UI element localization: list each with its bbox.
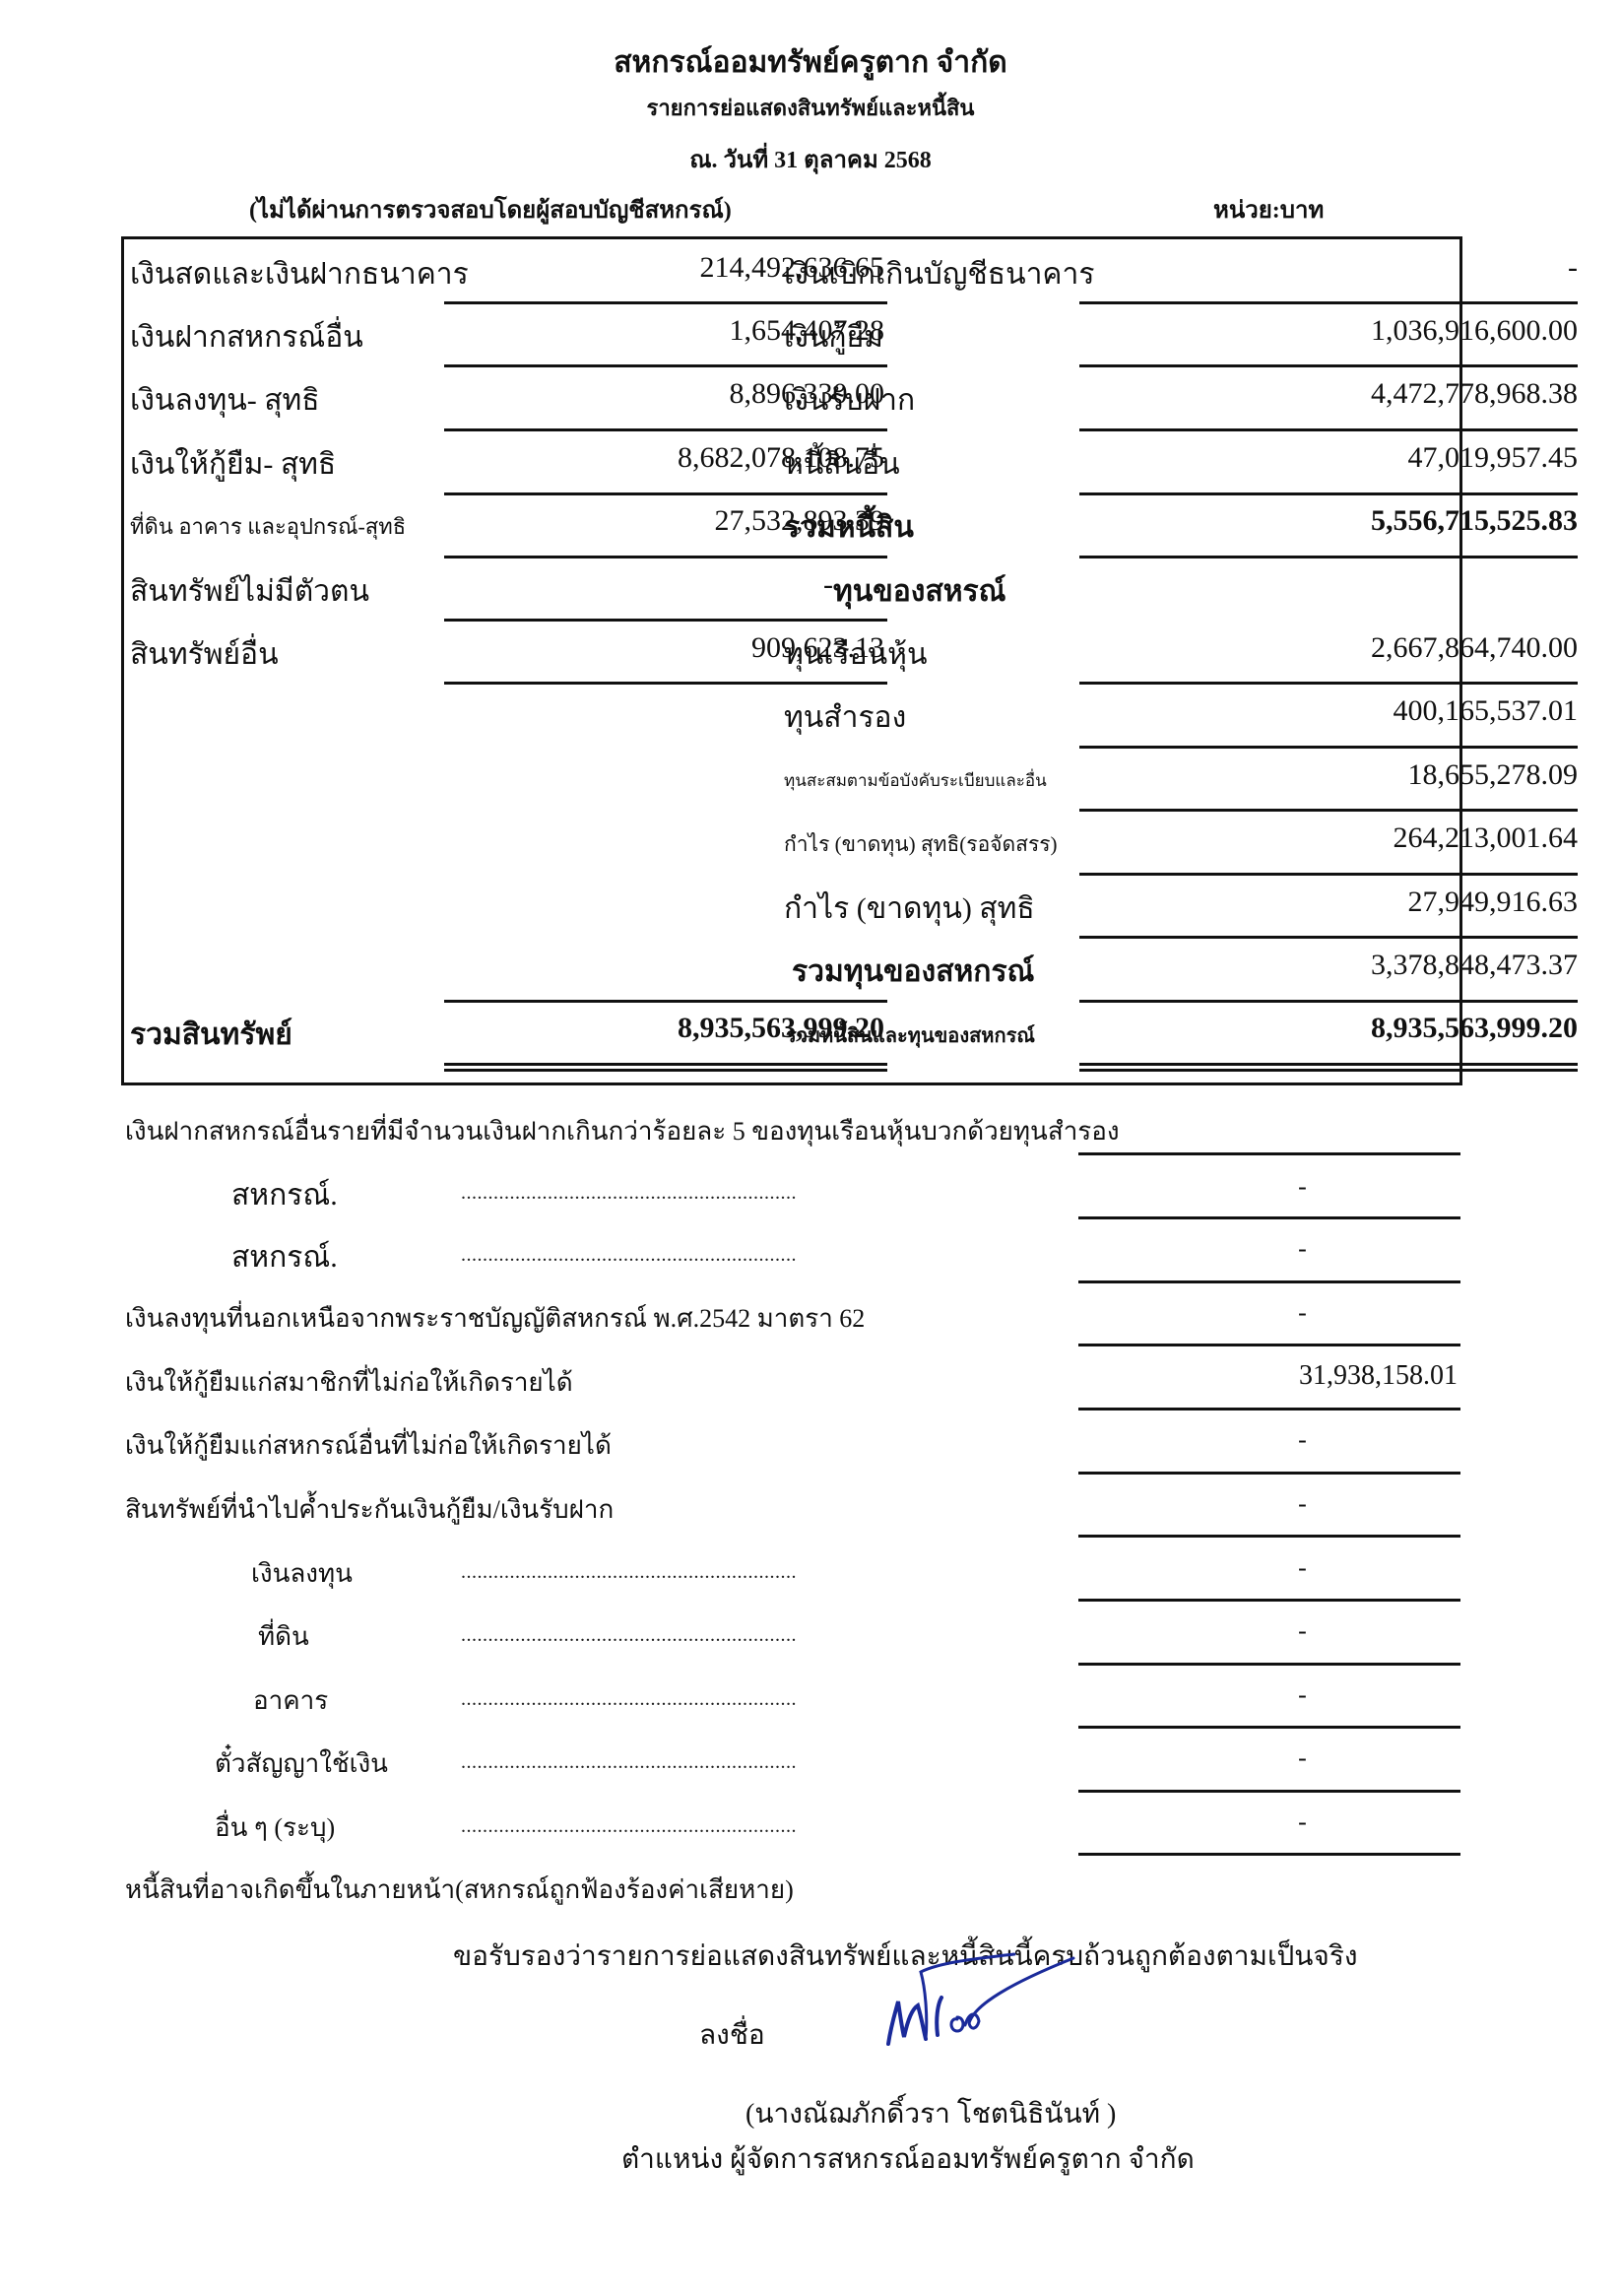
underline	[444, 492, 887, 495]
balance-sheet-table: เงินสดและเงินฝากธนาคาร 214,492,636.65 เง…	[121, 236, 1462, 1085]
underline	[1079, 746, 1578, 749]
underline	[444, 682, 887, 685]
underline	[444, 556, 887, 558]
asset-label: สินทรัพย์อื่น	[130, 631, 279, 694]
dotted-leader: ........................................…	[461, 1688, 797, 1711]
signature-image	[867, 1950, 1083, 2059]
liability-value: -	[1079, 251, 1578, 314]
underline	[1078, 1280, 1460, 1283]
coop-value: -	[1078, 1172, 1458, 1202]
asset-label: สินทรัพย์ไม่มีตัวตน	[130, 568, 369, 631]
underline	[1078, 1344, 1460, 1346]
underline	[1078, 1726, 1460, 1729]
pledged-assets-value: -	[1078, 1489, 1458, 1519]
pledged-item-value: -	[1078, 1743, 1458, 1773]
underline	[444, 428, 887, 431]
underline	[1078, 1853, 1460, 1856]
underline	[1079, 492, 1578, 495]
underline	[444, 1000, 887, 1003]
nonperforming-coop-loans-label: เงินให้กู้ยืมแก่สหกรณ์อื่นที่ไม่ก่อให้เก…	[125, 1425, 612, 1466]
investment-beyond-act-label: เงินลงทุนที่นอกเหนือจากพระราชบัญญัติสหกร…	[125, 1298, 865, 1339]
pledged-assets-label: สินทรัพย์ที่นำไปค้ำประกันเงินกู้ยืม/เงิน…	[125, 1489, 614, 1530]
underline	[1078, 1535, 1460, 1538]
equity-value: 27,949,916.63	[1079, 886, 1578, 949]
equity-label: กำไร (ขาดทุน) สุทธิ(รอจัดสรร)	[784, 828, 1058, 891]
currency-unit: หน่วย:บาท	[1213, 190, 1324, 229]
equity-value: 18,655,278.09	[1079, 758, 1578, 821]
underline	[444, 364, 887, 367]
report-date: ณ. วันที่ 31 ตุลาคม 2568	[0, 140, 1621, 178]
equity-label: ทุนสำรอง	[784, 694, 906, 757]
underline	[1078, 1408, 1460, 1410]
underline	[1079, 556, 1578, 558]
equity-label: กำไร (ขาดทุน) สุทธิ	[784, 886, 1035, 949]
nonperforming-member-loans-value: 31,938,158.01	[1078, 1360, 1458, 1392]
report-title: รายการย่อแสดงสินทรัพย์และหนี้สิน	[0, 91, 1621, 125]
total-assets-label: รวมสินทรัพย์	[130, 1012, 292, 1075]
double-underline	[444, 1063, 887, 1072]
liability-label: เงินเบิกเกินบัญชีธนาคาร	[784, 251, 1094, 314]
signer-name: (นางณัฌภักดิ์วรา โชตนิธินันท์ )	[746, 2092, 1116, 2135]
dotted-leader: ........................................…	[461, 1815, 797, 1838]
pledged-item-value: -	[1078, 1680, 1458, 1710]
asset-label: เงินฝากสหกรณ์อื่น	[130, 314, 363, 377]
coop-value: -	[1078, 1234, 1458, 1264]
sign-label: ลงชื่อ	[699, 2013, 765, 2057]
underline	[1078, 1152, 1460, 1155]
total-liabilities-equity-label: รวมหนี้สินและทุนของสหกรณ์	[786, 1019, 1035, 1082]
nonperforming-member-loans-label: เงินให้กู้ยืมแก่สมาชิกที่ไม่ก่อให้เกิดรา…	[125, 1362, 573, 1403]
pledged-item-value: -	[1078, 1616, 1458, 1646]
double-underline	[1079, 1063, 1578, 1072]
underline	[1079, 809, 1578, 812]
equity-label: ทุนเรือนหุ้น	[784, 631, 927, 694]
equity-label: ทุนสะสมตามข้อบังคับระเบียบและอื่น	[784, 767, 1047, 830]
dotted-leader: ........................................…	[461, 1624, 797, 1647]
dotted-leader: ........................................…	[461, 1244, 797, 1267]
asset-label: เงินลงทุน- สุทธิ	[130, 377, 320, 440]
pledged-item-label: ที่ดิน	[258, 1616, 309, 1657]
underline	[1078, 1599, 1460, 1602]
pledged-item-value: -	[1078, 1553, 1458, 1583]
asset-label: เงินให้กู้ยืม- สุทธิ	[130, 441, 336, 504]
coop-label: สหกรณ์.	[231, 1234, 338, 1280]
pledged-item-label: อื่น ๆ (ระบุ)	[215, 1807, 335, 1848]
underline	[444, 619, 887, 622]
pledged-item-label: อาคาร	[253, 1680, 328, 1721]
organization-title: สหกรณ์ออมทรัพย์ครูตาก จำกัด	[0, 39, 1621, 86]
equity-value: 2,667,864,740.00	[1079, 631, 1578, 694]
underline	[1079, 428, 1578, 431]
underline	[1078, 1790, 1460, 1793]
underline	[1078, 1663, 1460, 1666]
asset-value: -	[518, 568, 833, 631]
dotted-leader: ........................................…	[461, 1751, 797, 1774]
underline	[1078, 1216, 1460, 1219]
pledged-item-value: -	[1078, 1807, 1458, 1837]
pledged-item-label: ตั๋วสัญญาใช้เงิน	[215, 1743, 388, 1784]
underline	[1079, 1000, 1578, 1003]
liability-value: 1,036,916,600.00	[1079, 314, 1578, 377]
audit-note: (ไม่ได้ผ่านการตรวจสอบโดยผู้สอบบัญชีสหกรณ…	[249, 190, 732, 229]
underline	[1078, 1472, 1460, 1475]
coop-label: สหกรณ์.	[231, 1172, 338, 1218]
equity-heading: ทุนของสหรณ์	[833, 568, 1006, 631]
underline	[1079, 936, 1578, 939]
contingent-liabilities-label: หนี้สินที่อาจเกิดขึ้นในภายหน้า(สหกรณ์ถูก…	[125, 1870, 794, 1910]
signer-position: ตำแหน่ง ผู้จัดการสหกรณ์ออมทรัพย์ครูตาก จ…	[621, 2137, 1195, 2181]
underline	[1079, 682, 1578, 685]
liability-label: เงินกู้ยืม	[784, 314, 883, 377]
asset-label: เงินสดและเงินฝากธนาคาร	[130, 251, 469, 314]
dotted-leader: ........................................…	[461, 1182, 797, 1205]
underline	[1079, 364, 1578, 367]
underline	[1079, 873, 1578, 876]
deposits-over-5pct-label: เงินฝากสหกรณ์อื่นรายที่มีจำนวนเงินฝากเกิ…	[125, 1111, 1120, 1151]
dotted-leader: ........................................…	[461, 1561, 797, 1584]
nonperforming-coop-loans-value: -	[1078, 1425, 1458, 1455]
investment-beyond-act-value: -	[1078, 1298, 1458, 1328]
underline	[444, 301, 887, 304]
asset-label: ที่ดิน อาคาร และอุปกรณ์-สุทธิ	[130, 509, 406, 572]
pledged-item-label: เงินลงทุน	[251, 1553, 353, 1594]
underline	[1079, 301, 1578, 304]
